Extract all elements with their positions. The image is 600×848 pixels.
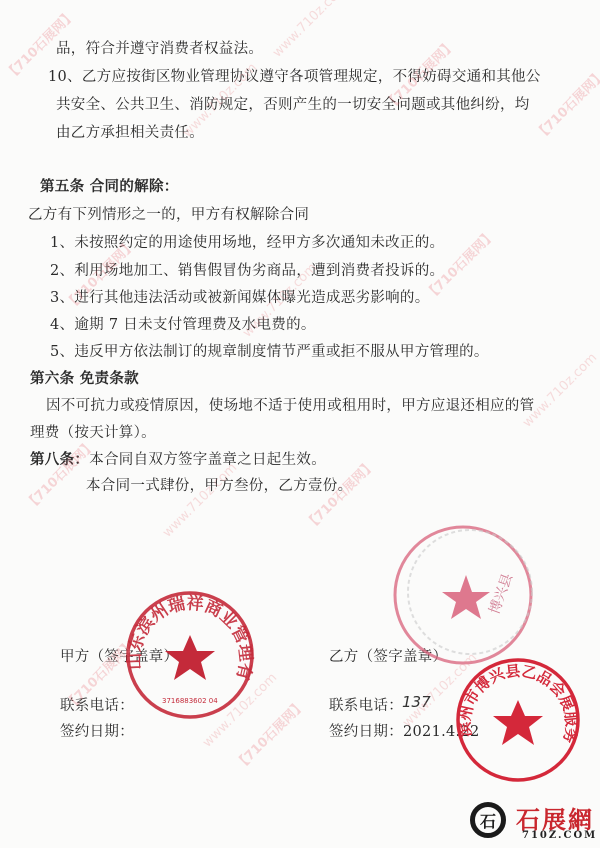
party-a-seal-number: 3716883602 04 xyxy=(162,697,218,705)
party-b-seal-stamp: 滨州市博兴县乙品会展服务有限公司 xyxy=(452,654,584,786)
article-8: 第八条：本合同自双方签字盖章之日起生效。 xyxy=(30,451,326,469)
clause-10-line-2: 共安全、公共卫生、消防规定，否则产生的一切安全问题或其他纠纷，均 xyxy=(56,96,530,114)
article-5-item: 5、违反甲方依法制订的规章制度情节严重或拒不服从甲方管理的。 xyxy=(50,343,489,361)
article-5-item: 4、逾期 7 日未支付管理费及水电费的。 xyxy=(50,316,316,334)
article-5-intro: 乙方有下列情形之一的，甲方有权解除合同 xyxy=(28,206,309,224)
article-5-item: 1、未按照约定的用途使用场地，经甲方多次通知未改正的。 xyxy=(50,234,444,252)
star-icon xyxy=(493,700,543,745)
party-b-label: 乙方（签字盖章） xyxy=(329,648,447,666)
party-a-label: 甲方（签字盖章） xyxy=(60,648,178,666)
clause-10-line-1: 10、乙方应按街区物业管理协议遵守各项管理规定，不得妨碍交通和其他公 xyxy=(48,68,541,86)
party-b-phone-handwritten: 137 xyxy=(402,693,431,711)
party-b-phone-label: 联系电话： xyxy=(329,697,403,715)
svg-text:山东滨州瑞祥商业管理有限公司: 山东滨州瑞祥商业管理有限公司 xyxy=(120,585,256,682)
party-b-date-value: 2021.4.22 xyxy=(403,724,480,740)
watermark-url: www.710z.com xyxy=(160,460,240,540)
watermark-brand: 【710石展网】 xyxy=(20,435,99,514)
clause-line: 品，符合并遵守消费者权益法。 xyxy=(56,40,263,58)
watermark-url: www.710z.com xyxy=(270,0,350,61)
watermark-url: www.710z.com xyxy=(200,670,280,750)
watermark-url: www.710z.com xyxy=(520,350,600,430)
article-6-title: 第六条 免责条款 xyxy=(30,370,139,388)
article-5-item: 3、进行其他违法活动或被新闻媒体曝光造成恶劣影响的。 xyxy=(50,289,430,307)
article-5-item: 2、利用场地加工、销售假冒伪劣商品，遭到消费者投诉的。 xyxy=(50,262,444,280)
party-a-seal-text: 山东滨州瑞祥商业管理有限公司 xyxy=(120,585,256,682)
article-8-text: 本合同自双方签字盖章之日起生效。 xyxy=(89,452,326,468)
site-logo: 石 石展網 710Z.COM xyxy=(470,798,600,846)
logo-mark-icon: 石 xyxy=(470,802,506,838)
logo-domain: 710Z.COM xyxy=(522,830,597,841)
contract-page: 品，符合并遵守消费者权益法。 10、乙方应按街区物业管理协议遵守各项管理规定，不… xyxy=(0,0,600,848)
svg-text:博兴县: 博兴县 xyxy=(486,571,516,616)
party-a-phone-label: 联系电话： xyxy=(60,697,134,715)
article-5-title: 第五条 合同的解除： xyxy=(40,178,179,196)
article-6-line-2: 理费（按天计算）。 xyxy=(30,424,156,442)
star-icon xyxy=(442,575,490,619)
party-b-date-label: 签约日期： xyxy=(329,724,403,740)
article-6-line-1: 因不可抗力或疫情原因，使场地不适于使用或租用时，甲方应退还相应的管 xyxy=(46,397,534,415)
watermark-brand: 【710石展网】 xyxy=(230,695,309,774)
article-8-label: 第八条： xyxy=(30,451,89,468)
party-b-date: 签约日期：2021.4.22 xyxy=(329,723,480,741)
copies-statement: 本合同一式肆份，甲方叁份，乙方壹份。 xyxy=(86,477,352,495)
party-a-date-label: 签约日期： xyxy=(60,723,134,741)
clause-10-line-3: 由乙方承担相关责任。 xyxy=(56,124,204,142)
